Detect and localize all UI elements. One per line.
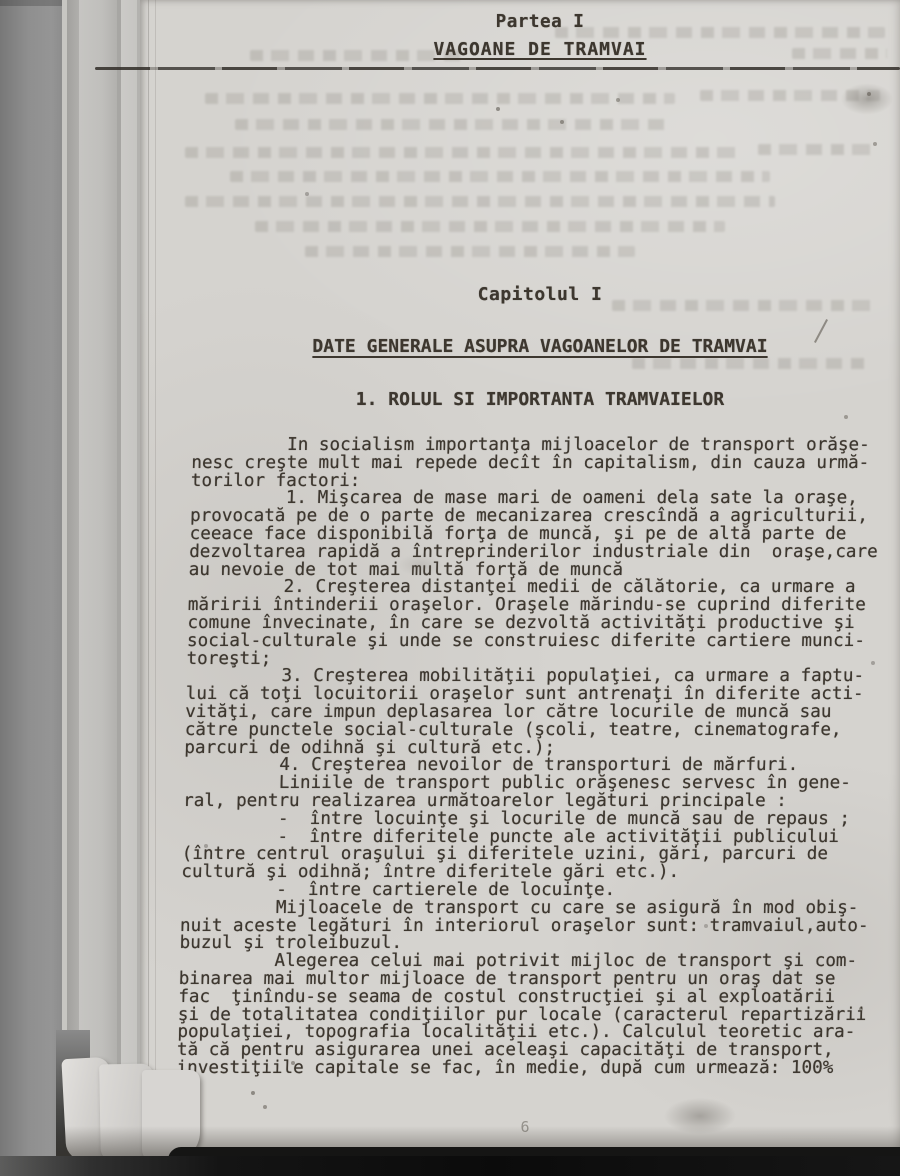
bleed-through-line bbox=[205, 93, 675, 104]
page-stack-edge bbox=[79, 0, 117, 1176]
chapter-title: DATE GENERALE ASUPRA VAGOANELOR DE TRAMV… bbox=[195, 336, 885, 357]
bleed-through-line bbox=[230, 171, 770, 182]
scan-bottom-band bbox=[0, 1156, 900, 1176]
bleed-through-line bbox=[235, 119, 665, 130]
bleed-through-line bbox=[632, 358, 872, 369]
chapter-title-text: DATE GENERALE ASUPRA VAGOANELOR DE TRAMV… bbox=[312, 336, 767, 357]
dust-specks bbox=[0, 0, 2, 2]
section-heading: 1. ROLUL SI IMPORTANTA TRAMVAIELOR bbox=[195, 389, 885, 410]
scanner-background bbox=[0, 0, 64, 1176]
bleed-through-line bbox=[185, 196, 775, 207]
part-title: VAGOANE DE TRAMVAI bbox=[195, 39, 885, 60]
paper-fold-line bbox=[155, 0, 156, 1150]
page-stack-edge bbox=[67, 0, 79, 1176]
bleed-through-line bbox=[185, 147, 740, 158]
chapter-label: Capitolul I bbox=[195, 284, 885, 305]
stain bbox=[832, 78, 900, 120]
paper-fold-line bbox=[148, 0, 149, 1150]
part-title-text: VAGOANE DE TRAMVAI bbox=[433, 39, 646, 60]
bleed-through-line bbox=[255, 221, 725, 232]
body-text: In socialism importanţa mijloacelor de t… bbox=[176, 437, 880, 1078]
bleed-through-line bbox=[305, 246, 635, 257]
page-stack-edge bbox=[121, 0, 137, 1176]
scanned-document-page: Partea I VAGOANE DE TRAMVAI Capitolul I … bbox=[0, 0, 900, 1176]
part-label: Partea I bbox=[195, 12, 885, 32]
bleed-through-line bbox=[758, 144, 873, 155]
stain bbox=[390, 550, 450, 580]
header-rule bbox=[95, 67, 900, 70]
